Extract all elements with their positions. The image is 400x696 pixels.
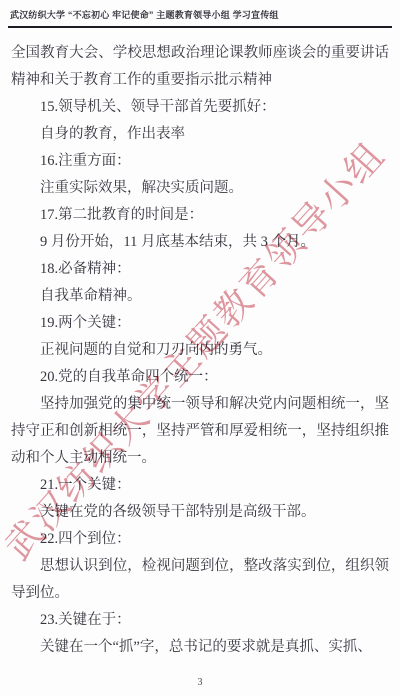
paragraph: 9 月份开始，11 月底基本结束，共 3 个月。 (11, 229, 389, 256)
page-number: 3 (198, 677, 203, 688)
paragraph: 23.关键在于： (11, 607, 389, 634)
paragraph: 自身的教育，作出表率 (11, 121, 389, 148)
paragraph: 正视问题的自觉和刀刃向内的勇气。 (11, 337, 389, 364)
header-title: 武汉纺织大学 “不忘初心 牢记使命” 主题教育领导小组 学习宣传组 (10, 8, 390, 21)
paragraph: 22.四个到位： (11, 526, 389, 553)
document-body: 全国教育大会、学校思想政治理论课教师座谈会的重要讲话精神和关于教育工作的重要指示… (11, 40, 389, 661)
paragraph: 思想认识到位，检视问题到位，整改落实到位，组织领导到位。 (11, 553, 389, 607)
document-page: 武汉纺织大学 “不忘初心 牢记使命” 主题教育领导小组 学习宣传组 全国教育大会… (0, 0, 400, 696)
page-footer: 3 (0, 677, 400, 688)
paragraph: 关键在一个“抓”字，总书记的要求就是真抓、实抓、 (11, 634, 389, 661)
paragraph: 注重实际效果，解决实质问题。 (11, 175, 389, 202)
paragraph: 19.两个关键： (11, 310, 389, 337)
paragraph: 16.注重方面： (11, 148, 389, 175)
paragraph: 坚持加强党的集中统一领导和解决党内问题相统一，坚持守正和创新相统一，坚持严管和厚… (11, 391, 389, 472)
paragraph: 全国教育大会、学校思想政治理论课教师座谈会的重要讲话精神和关于教育工作的重要指示… (11, 40, 389, 94)
paragraph: 自我革命精神。 (11, 283, 389, 310)
paragraph: 21.一个关键： (11, 472, 389, 499)
paragraph: 18.必备精神： (11, 256, 389, 283)
page-header: 武汉纺织大学 “不忘初心 牢记使命” 主题教育领导小组 学习宣传组 (8, 0, 392, 28)
paragraph: 17.第二批教育的时间是： (11, 202, 389, 229)
paragraph: 15.领导机关、领导干部首先要抓好： (11, 94, 389, 121)
paragraph: 20.党的自我革命四个统一： (11, 364, 389, 391)
paragraph: 关键在党的各级领导干部特别是高级干部。 (11, 499, 389, 526)
